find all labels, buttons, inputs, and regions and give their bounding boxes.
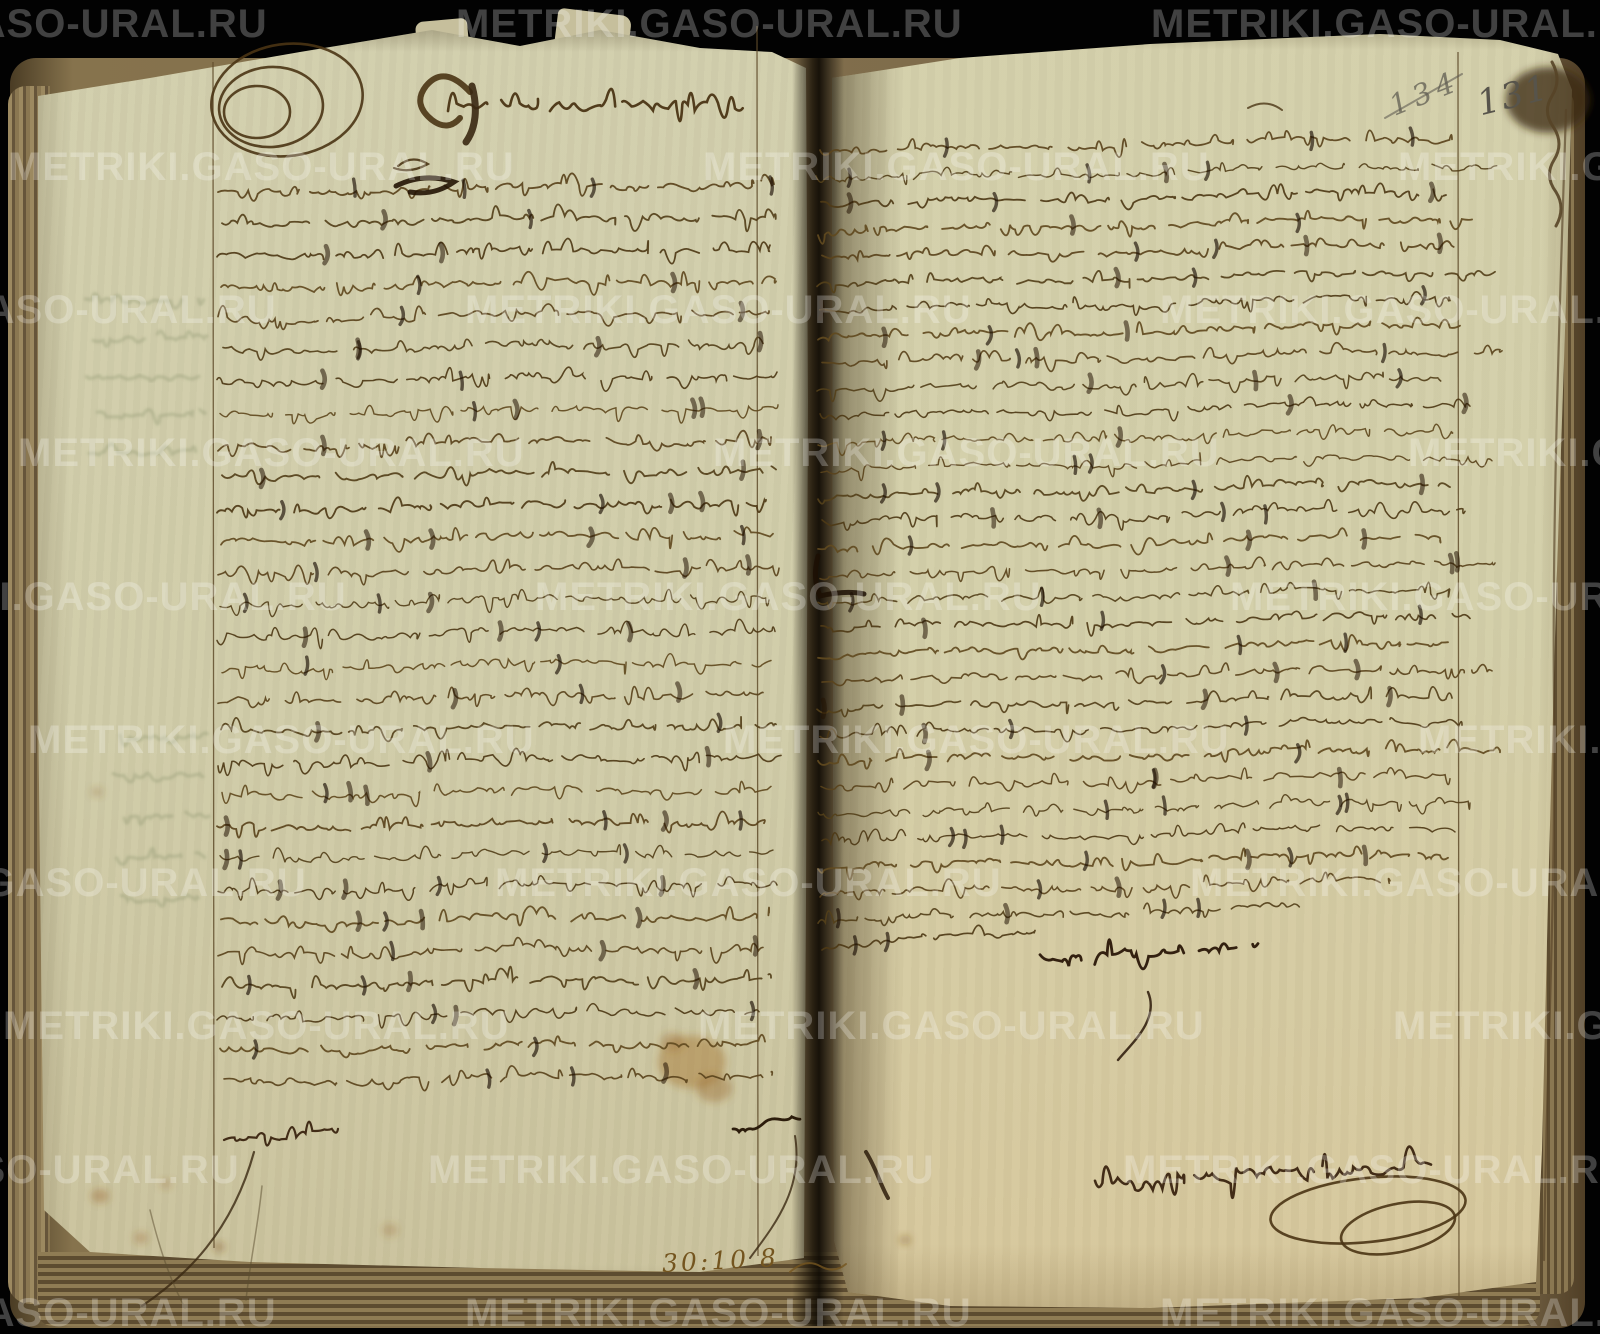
handwriting-group: [217, 89, 1502, 1091]
margin-rule-group: [213, 26, 1459, 1298]
manuscript-scan: 131 134 30:10 8 METRIKI.GASO-URAL.RUMETR…: [0, 0, 1600, 1334]
ink-layer: [0, 0, 1600, 1334]
bleedthrough-group: [84, 294, 210, 907]
archivist-note: 30:10 8: [661, 1243, 779, 1278]
